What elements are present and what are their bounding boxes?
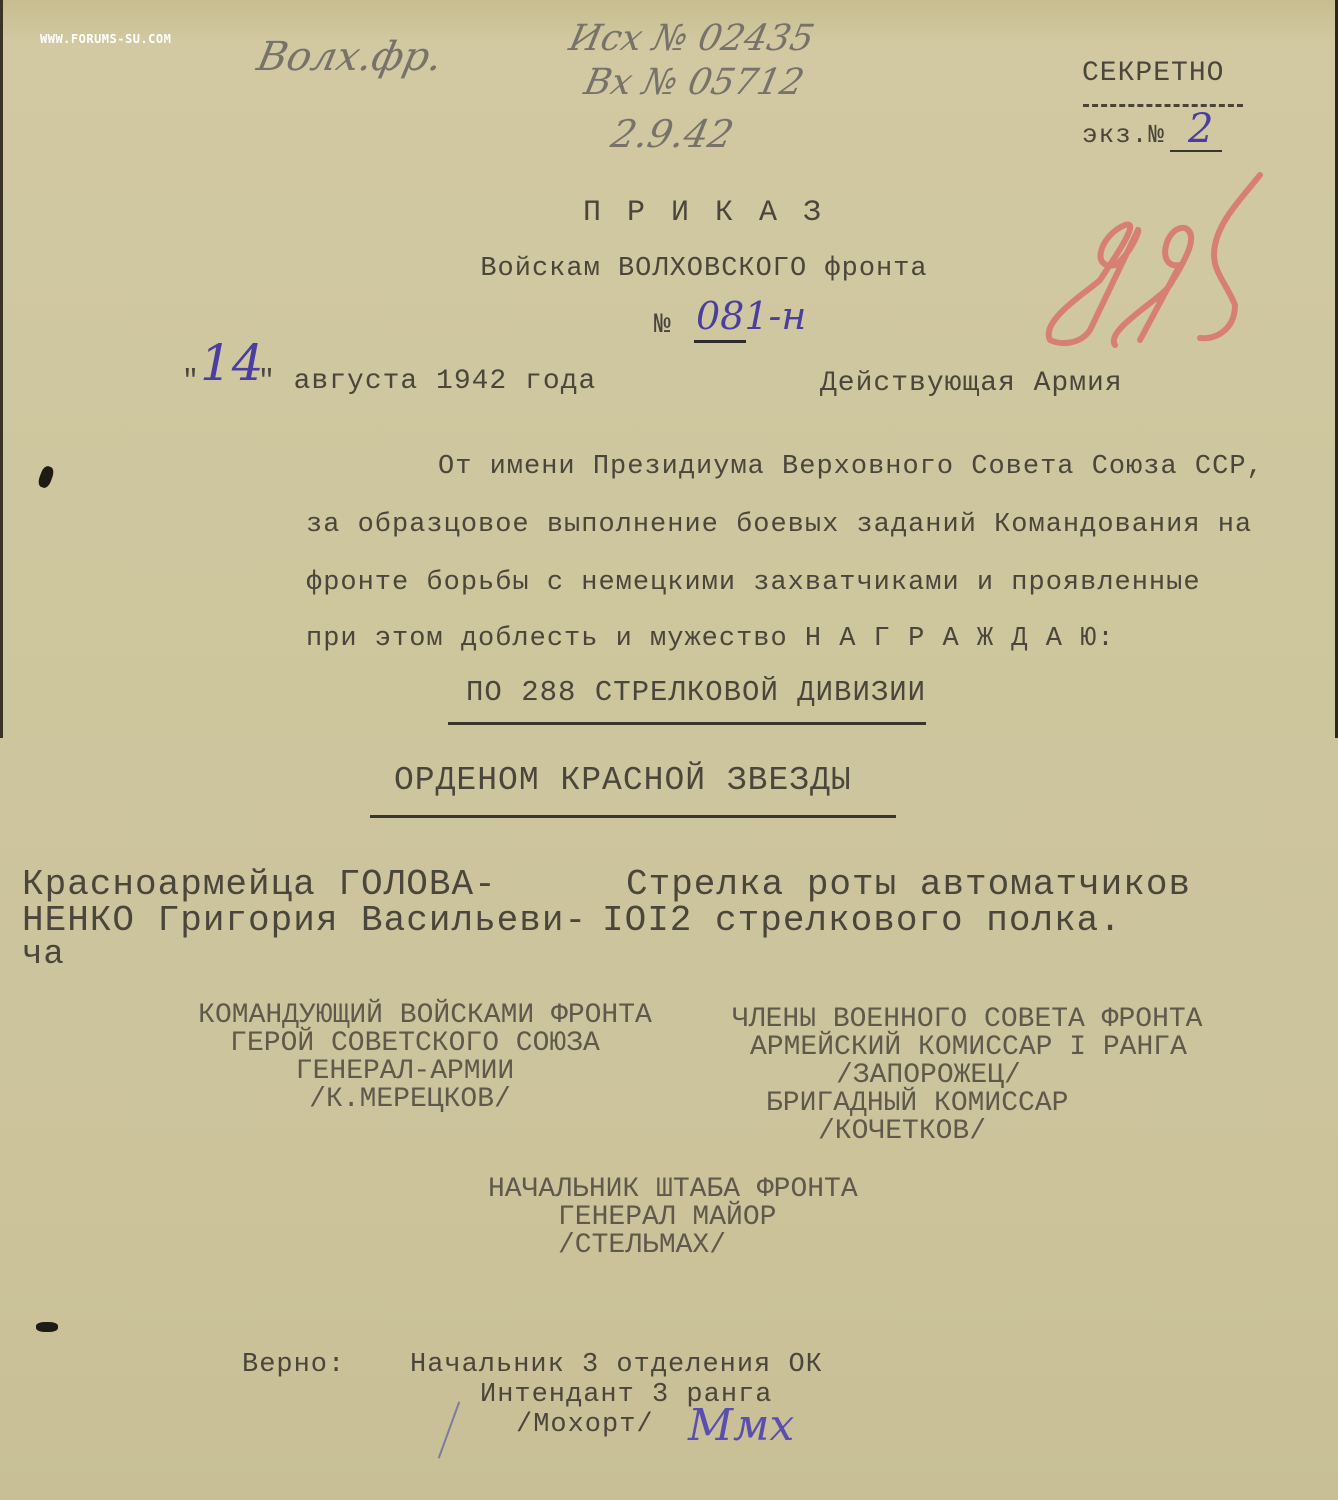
chief-of-staff-line-2: ГЕНЕРАЛ МАЙОР <box>558 1202 776 1233</box>
order-month-year: " августа 1942 года <box>258 366 596 397</box>
chief-of-staff-signature: /СТЕЛЬМАХ/ <box>558 1230 726 1261</box>
awardee-name-line-3: ча <box>22 936 65 974</box>
council-line-2: АРМЕЙСКИЙ КОМИССАР I РАНГА <box>750 1032 1187 1063</box>
copy-number: 2 <box>1188 106 1213 152</box>
order-location: Действующая Армия <box>820 368 1123 399</box>
order-subtitle: Войскам ВОЛХОВСКОГО фронта <box>0 254 1338 284</box>
punch-hole-bottom <box>36 1322 58 1332</box>
commander-line-1: КОМАНДУЮЩИЙ ВОЙСКАМИ ФРОНТА <box>150 1000 700 1031</box>
watermark: WWW.FORUMS-SU.COM <box>40 32 171 46</box>
handwritten-signature: Ммх <box>688 1400 794 1451</box>
handwritten-outgoing-number: Исх № 02435 <box>566 18 818 59</box>
council-line-4: БРИГАДНЫЙ КОМИССАР <box>766 1088 1068 1119</box>
secret-stamp: СЕКРЕТНО <box>1082 58 1224 89</box>
commander-line-2: ГЕРОЙ СОВЕТСКОГО СОЮЗА <box>140 1028 690 1059</box>
unit-heading-underline <box>448 722 926 725</box>
commander-line-3: ГЕНЕРАЛ-АРМИИ <box>130 1056 680 1087</box>
unit-heading: ПО 288 СТРЕЛКОВОЙ ДИВИЗИИ <box>466 676 926 709</box>
council-signature-kochetkov: /КОЧЕТКОВ/ <box>818 1116 986 1147</box>
handwritten-front-note: Волх.фр. <box>253 34 447 80</box>
preamble-line-4: при этом доблесть и мужество Н А Г Р А Ж… <box>306 624 1115 654</box>
awardee-name-line-1: Красноармейца ГОЛОВА- <box>22 864 497 905</box>
order-number-underline <box>694 340 746 343</box>
handwritten-incoming-number: Вх № 05712 <box>581 62 808 103</box>
award-heading: ОРДЕНОМ КРАСНОЙ ЗВЕЗДЫ <box>394 762 852 799</box>
preamble-line-1: От имени Президиума Верховного Совета Со… <box>438 452 1264 482</box>
council-line-1: ЧЛЕНЫ ВОЕННОГО СОВЕТА ФРОНТА <box>732 1004 1202 1035</box>
awardee-position-line-1: Стрелка роты автоматчиков <box>626 864 1191 905</box>
handwritten-date: 2.9.42 <box>607 112 737 156</box>
award-heading-underline <box>370 815 896 818</box>
commander-signature-name: /К.МЕРЕЦКОВ/ <box>135 1084 685 1115</box>
order-number-prefix: № <box>654 310 672 341</box>
chief-of-staff-line-1: НАЧАЛЬНИК ШТАБА ФРОНТА <box>488 1174 858 1205</box>
order-number: 081-н <box>696 294 806 338</box>
awardee-position-line-2: IOI2 стрелкового полка. <box>602 900 1122 941</box>
certification-signature-name: /Мохорт/ <box>516 1410 654 1440</box>
certification-line-1: Начальник 3 отделения ОК <box>410 1350 823 1380</box>
copy-number-label: экз.№ <box>1082 120 1165 150</box>
copy-number-underline <box>1170 150 1222 152</box>
date-open-quote: " <box>182 366 200 397</box>
certification-label: Верно: <box>242 1350 345 1380</box>
secret-divider <box>1083 104 1243 107</box>
council-signature-zaporozhets: /ЗАПОРОЖЕЦ/ <box>836 1060 1021 1091</box>
order-title: П Р И К А З <box>0 196 1338 230</box>
preamble-line-2: за образцовое выполнение боевых заданий … <box>306 510 1252 540</box>
order-day: 14 <box>200 334 264 392</box>
preamble-line-3: фронте борьбы с немецкими захватчиками и… <box>306 568 1201 598</box>
awardee-name-line-2: НЕНКО Григория Васильеви- <box>22 900 587 941</box>
